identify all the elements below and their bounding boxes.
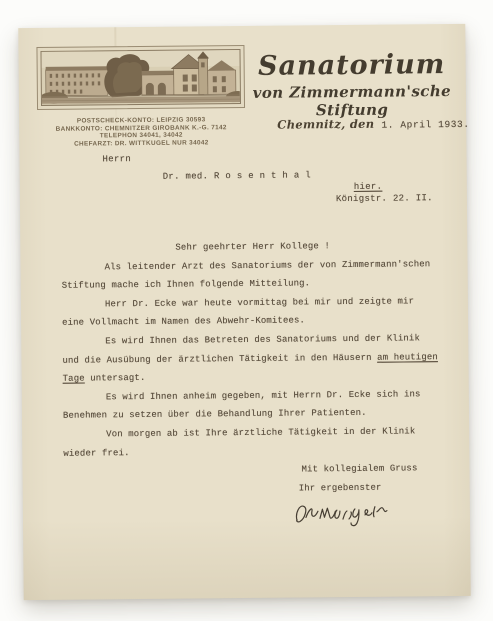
closing-salute: Mit kollegialem Gruss <box>301 459 458 479</box>
body-line: Als leitender Arzt des Sanatoriums der v… <box>104 255 456 277</box>
recipient-location: hier. <box>354 182 383 192</box>
handwritten-signature <box>289 497 393 532</box>
signature-row <box>289 496 459 534</box>
org-name: Sanatorium <box>232 50 472 82</box>
date-line: Chemnitz, den1. April 1933. <box>277 114 470 134</box>
chefarzt-line: CHEFARZT: DR. WITTKUGEL NUR 34042 <box>21 139 261 149</box>
scanned-letter-photo: { "document_type": "typewritten letter (… <box>0 0 493 621</box>
sanatorium-engraving <box>40 49 241 106</box>
underlined-text: am heutigen <box>377 352 438 363</box>
recipient-street: Königstr. 22. II. <box>336 193 433 204</box>
letter-date: 1. April 1933. <box>381 119 469 131</box>
sanatorium-engraving-image <box>41 50 239 104</box>
recipient-name: Dr. med. R o s e n t h a l <box>163 170 311 181</box>
body-text: und die Ausübung der ärztlichen Tätigkei… <box>62 352 377 365</box>
underlined-text: Tage <box>63 374 85 384</box>
recipient-honorific: Herrn <box>102 154 131 164</box>
body-text: untersagt. <box>85 373 146 384</box>
letterhead-org-block: Sanatorium von Zimmermann'sche Stiftung <box>232 50 473 120</box>
letterhead-illustration-frame <box>36 45 245 110</box>
letter-body: Sehr geehrter Herr Kollege ! Als leitend… <box>61 236 459 536</box>
closing-sender: Ihr ergebenster <box>299 478 459 498</box>
letter-paper: POSTSCHECK-KONTO: LEIPZIG 30593 BANKKONT… <box>18 24 470 600</box>
body-line: Von morgen ab ist Ihre ärztliche Tätigke… <box>106 422 458 444</box>
place-label: Chemnitz, den <box>277 117 374 132</box>
body-line: Herr Dr. Ecke war heute vormittag bei mi… <box>105 292 457 314</box>
letterhead-bank-info: POSTSCHECK-KONTO: LEIPZIG 30593 BANKKONT… <box>21 116 261 149</box>
body-line: Es wird Ihnen anheim gegeben, mit Herrn … <box>106 385 458 407</box>
